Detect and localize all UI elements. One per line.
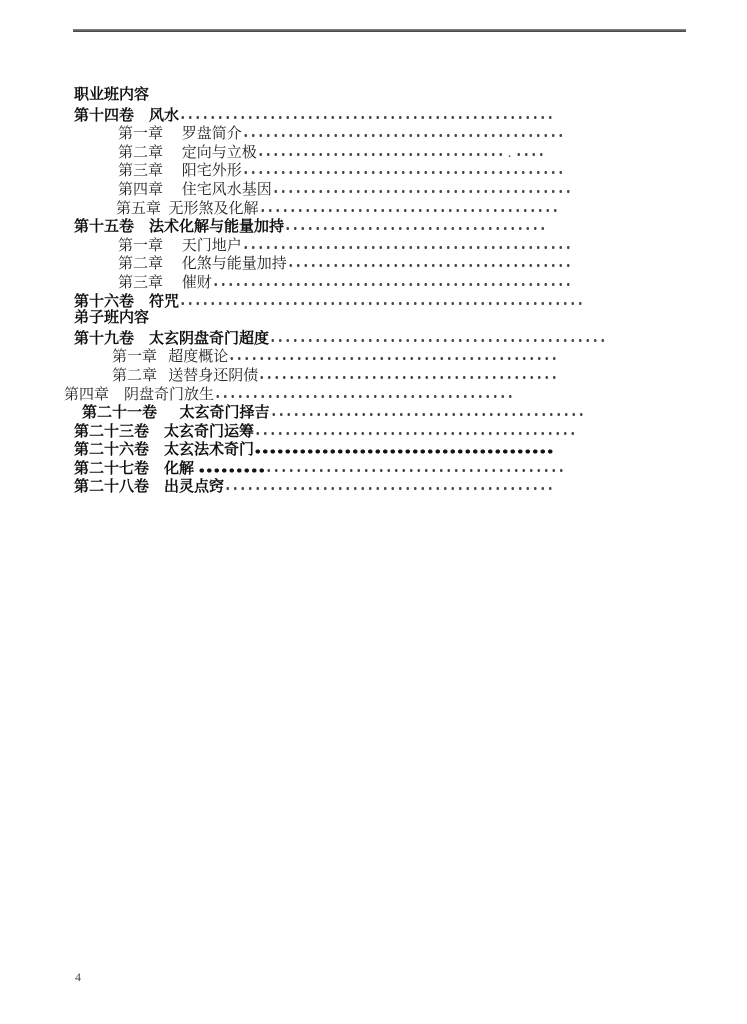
toc-row: 弟子班内容: [74, 309, 714, 328]
horizontal-rule: [73, 29, 686, 32]
toc-row: 第四章 住宅风水基因: [118, 179, 714, 198]
toc-leader-dots: [242, 160, 565, 176]
toc-leader-dots-heavy: [254, 439, 554, 455]
toc-leader-dots: [287, 253, 572, 269]
toc-leader-dots: [257, 142, 505, 158]
page-number: 4: [75, 970, 81, 985]
toc-leader-dots: [265, 458, 565, 474]
toc-entry-text: 第十九卷 太玄阴盘奇门超度: [74, 331, 269, 347]
toc-row: 第二十七卷 化解: [74, 458, 714, 477]
toc-entry-text: 第四章 阴盘奇门放生: [64, 387, 214, 403]
toc-row: 第二十八卷 出灵点窍: [74, 476, 714, 495]
toc-leader-gap: .: [504, 146, 515, 161]
toc-entry-text: 第三章 阳宅外形: [118, 163, 242, 179]
toc-row: 第二十三卷 太玄奇门运筹: [74, 421, 714, 440]
toc-leader-dots: [270, 402, 585, 418]
toc-entry-text: 第二十八卷 出灵点窍: [74, 479, 224, 495]
toc-entry-text: 第二章 化煞与能量加持: [118, 256, 287, 272]
toc-row: 第二十一卷 太玄奇门择吉: [82, 402, 714, 421]
toc-entry-text: 弟子班内容: [74, 310, 149, 326]
toc-entry-text: 第十四卷 风水: [74, 108, 179, 124]
toc-row: 第三章 阳宅外形: [118, 160, 714, 179]
toc-row: 第二章 定向与立极 .: [118, 142, 714, 161]
toc-entry-text: 第三章 催财: [118, 275, 212, 291]
toc-entry-text: 第二十六卷 太玄法术奇门: [74, 442, 254, 458]
toc-row: 第十四卷 风水: [74, 105, 714, 124]
toc-leader-dots: [228, 346, 558, 362]
toc-entry-text: 第二十七卷 化解: [74, 461, 198, 477]
toc-leader-dots: [254, 421, 577, 437]
toc-entry-text: 第一章 超度概论: [112, 349, 228, 365]
toc-entry-text: 第二十三卷 太玄奇门运筹: [74, 424, 254, 440]
toc-entry-text: 第十五卷 法术化解与能量加持: [74, 219, 284, 235]
toc-row: 第一章 超度概论: [112, 346, 714, 365]
toc-row: 第一章 罗盘简介: [118, 123, 714, 142]
toc-entry-text: 第一章 罗盘简介: [118, 126, 242, 142]
toc-entry-text: 第十六卷 符咒: [74, 294, 179, 310]
toc-row: 第二章 送替身还阴债: [112, 365, 714, 384]
toc-leader-dots: [179, 105, 554, 121]
toc-leader-dots: [242, 123, 565, 139]
toc-entry-text: 第四章 住宅风水基因: [118, 182, 272, 198]
toc-row: 第二章 化煞与能量加持: [118, 253, 714, 272]
toc-row: 第十九卷 太玄阴盘奇门超度: [74, 328, 714, 347]
toc-leader-dots: [259, 198, 559, 214]
toc-leader-dots: [258, 365, 558, 381]
toc-row: 第四章 阴盘奇门放生: [64, 384, 714, 403]
toc-entry-text: 第一章 天门地户: [118, 238, 242, 254]
toc-entry-text: 第二章 送替身还阴债: [112, 368, 258, 384]
toc-row: 第十五卷 法术化解与能量加持: [74, 216, 714, 235]
toc-entry-text: 第二十一卷 太玄奇门择吉: [82, 405, 270, 421]
toc-row: 第一章 天门地户: [118, 235, 714, 254]
toc-entry-text: 职业班内容: [74, 87, 149, 103]
toc-entry-text: 第五章 无形煞及化解: [116, 201, 259, 217]
toc-entry-text: 第二章 定向与立极: [118, 145, 257, 161]
toc-leader-dots: [179, 291, 584, 307]
toc-leader-dots: [214, 384, 514, 400]
toc-leader-dots: [269, 328, 607, 344]
toc-row: 第十六卷 符咒: [74, 291, 714, 310]
toc-leader-dots: [284, 216, 547, 232]
toc-leader-dots-heavy: [198, 458, 266, 474]
toc-leader-dots: [242, 235, 572, 251]
toc-row: 职业班内容: [74, 86, 714, 105]
toc-row: 第五章 无形煞及化解: [116, 198, 714, 217]
toc-leader-dots: [224, 476, 554, 492]
toc-leader-dots: [272, 179, 572, 195]
toc-leader-dots: [212, 272, 572, 288]
toc-row: 第二十六卷 太玄法术奇门: [74, 439, 714, 458]
table-of-contents: 职业班内容第十四卷 风水第一章 罗盘简介第二章 定向与立极 . 第三章 阳宅外形…: [74, 86, 714, 495]
toc-row: 第三章 催财: [118, 272, 714, 291]
document-page: { "colors": { "text": "#242424", "bold_t…: [0, 0, 747, 1024]
toc-leader-dots: [515, 142, 545, 158]
